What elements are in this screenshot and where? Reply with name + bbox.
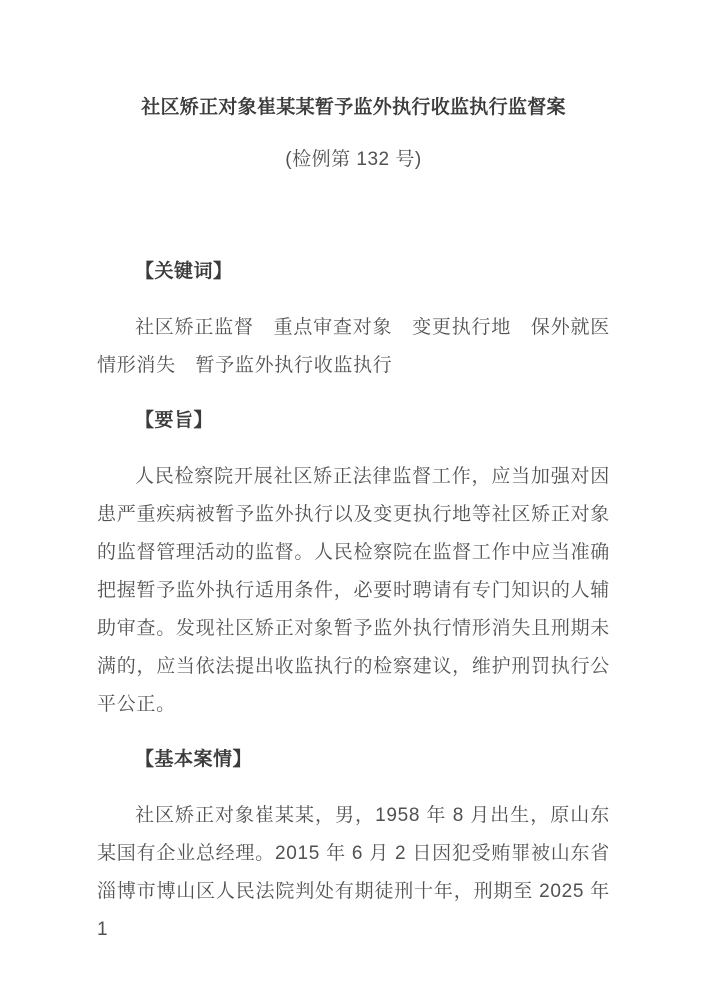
section-basic-facts: 【基本案情】 社区矫正对象崔某某，男，1958 年 8 月出生，原山东某国有企业… xyxy=(97,741,610,949)
section-keywords-paragraph: 社区矫正监督 重点审查对象 变更执行地 保外就医情形消失 暂予监外执行收监执行 xyxy=(97,309,610,385)
section-keywords-heading: 【关键词】 xyxy=(97,253,610,291)
section-summary-heading: 【要旨】 xyxy=(97,402,610,440)
document-page: 社区矫正对象崔某某暂予监外执行收监执行监督案 (检例第 132 号) 【关键词】… xyxy=(0,0,707,999)
section-basic-facts-heading: 【基本案情】 xyxy=(97,741,610,779)
case-number: (检例第 132 号) xyxy=(97,141,610,179)
section-basic-facts-paragraph: 社区矫正对象崔某某，男，1958 年 8 月出生，原山东某国有企业总经理。201… xyxy=(97,797,610,949)
document-title: 社区矫正对象崔某某暂予监外执行收监执行监督案 xyxy=(97,89,610,127)
section-summary: 【要旨】 人民检察院开展社区矫正法律监督工作，应当加强对因患严重疾病被暂予监外执… xyxy=(97,402,610,724)
section-summary-paragraph: 人民检察院开展社区矫正法律监督工作，应当加强对因患严重疾病被暂予监外执行以及变更… xyxy=(97,458,610,724)
section-keywords: 【关键词】 社区矫正监督 重点审查对象 变更执行地 保外就医情形消失 暂予监外执… xyxy=(97,253,610,385)
